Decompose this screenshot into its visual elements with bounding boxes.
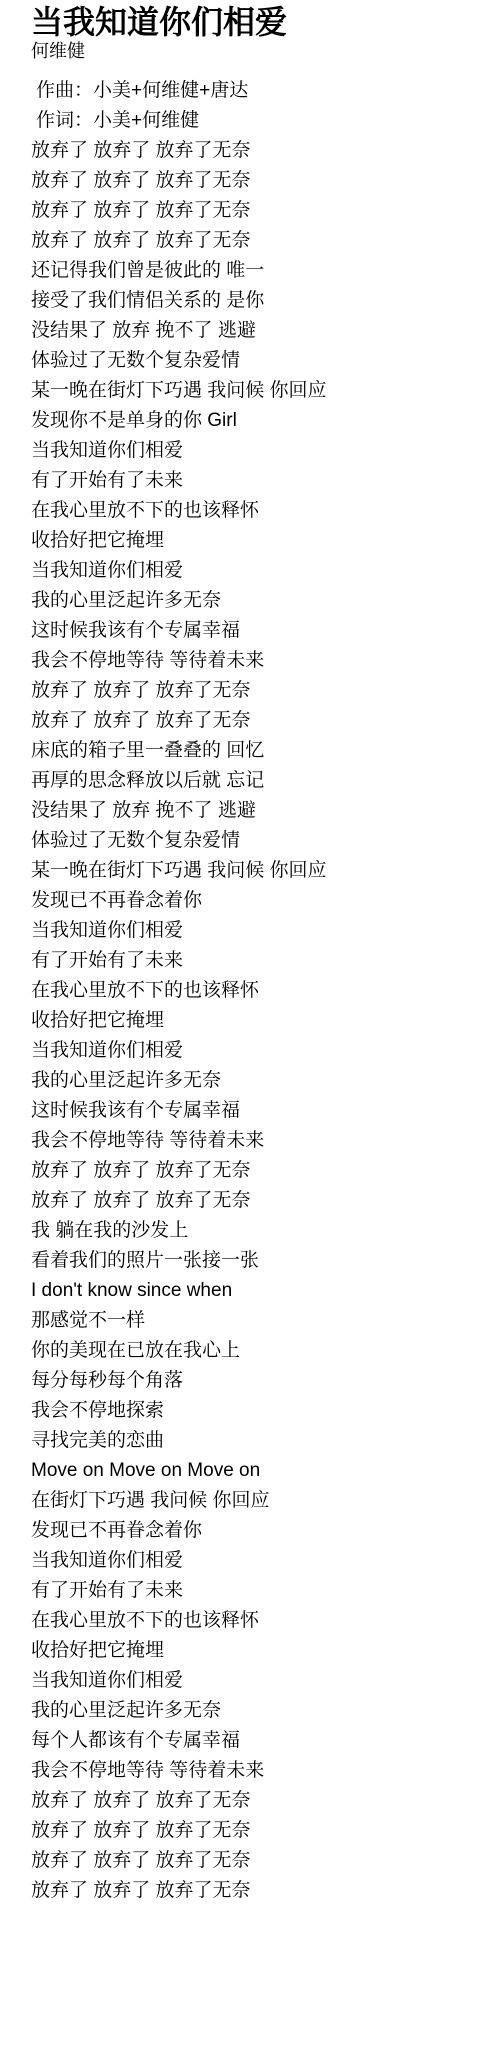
lyric-line: 当我知道你们相爱 [31,1036,480,1066]
lyric-line: 放弃了 放弃了 放弃了无奈 [31,1186,480,1216]
lyric-line: 放弃了 放弃了 放弃了无奈 [31,226,480,256]
lyric-line: 当我知道你们相爱 [31,1546,480,1576]
lyric-line: 寻找完美的恋曲 [31,1426,480,1456]
lyric-line: 当我知道你们相爱 [31,916,480,946]
lyric-line: 我的心里泛起许多无奈 [31,1066,480,1096]
lyric-line: 放弃了 放弃了 放弃了无奈 [31,1846,480,1876]
lyrics-block: 作曲：小美+何维健+唐达 作词：小美+何维健 放弃了 放弃了 放弃了无奈放弃了 … [31,76,480,1906]
lyric-line: 没结果了 放弃 挽不了 逃避 [31,316,480,346]
lyric-line: 放弃了 放弃了 放弃了无奈 [31,136,480,166]
lyricist-credit: 作词：小美+何维健 [31,106,480,136]
lyric-line: 有了开始有了未来 [31,946,480,976]
lyric-line: 收拾好把它掩埋 [31,1006,480,1036]
lyric-line: 放弃了 放弃了 放弃了无奈 [31,706,480,736]
lyric-line: 放弃了 放弃了 放弃了无奈 [31,1786,480,1816]
lyric-line: 有了开始有了未来 [31,1576,480,1606]
lyric-line: 在我心里放不下的也该释怀 [31,496,480,526]
lyric-line: 我的心里泛起许多无奈 [31,586,480,616]
lyric-line: 我会不停地探索 [31,1396,480,1426]
lyric-line: 没结果了 放弃 挽不了 逃避 [31,796,480,826]
lyric-line: 某一晚在街灯下巧遇 我问候 你回应 [31,376,480,406]
lyric-line: 在我心里放不下的也该释怀 [31,1606,480,1636]
lyric-line: 当我知道你们相爱 [31,556,480,586]
lyric-line: 我会不停地等待 等待着未来 [31,1756,480,1786]
lyric-line: 发现已不再眷念着你 [31,1516,480,1546]
lyric-line: 这时候我该有个专属幸福 [31,616,480,646]
lyric-line: 看着我们的照片一张接一张 [31,1246,480,1276]
lyric-line: 放弃了 放弃了 放弃了无奈 [31,1816,480,1846]
lyric-line: 在我心里放不下的也该释怀 [31,976,480,1006]
composer-credit: 作曲：小美+何维健+唐达 [31,76,480,106]
lyric-line: 收拾好把它掩埋 [31,1636,480,1666]
lyric-line: 放弃了 放弃了 放弃了无奈 [31,1156,480,1186]
lyric-line: I don't know since when [31,1276,480,1306]
lyric-line: 这时候我该有个专属幸福 [31,1096,480,1126]
artist-name: 何维健 [31,40,480,62]
lyric-line: 我 躺在我的沙发上 [31,1216,480,1246]
lyric-line: 放弃了 放弃了 放弃了无奈 [31,1876,480,1906]
lyric-line: 还记得我们曾是彼此的 唯一 [31,256,480,286]
lyric-line: 体验过了无数个复杂爱情 [31,826,480,856]
lyric-line: 我会不停地等待 等待着未来 [31,646,480,676]
lyric-line: 某一晚在街灯下巧遇 我问候 你回应 [31,856,480,886]
lyric-line: 我的心里泛起许多无奈 [31,1696,480,1726]
lyric-line: 放弃了 放弃了 放弃了无奈 [31,166,480,196]
lyric-line: 当我知道你们相爱 [31,436,480,466]
lyric-line: 每分每秒每个角落 [31,1366,480,1396]
lyric-line: 床底的箱子里一叠叠的 回忆 [31,736,480,766]
lyrics-page: 当我知道你们相爱 何维健 作曲：小美+何维健+唐达 作词：小美+何维健 放弃了 … [0,0,500,1906]
song-title: 当我知道你们相爱 [31,4,480,40]
lyric-line: 我会不停地等待 等待着未来 [31,1126,480,1156]
lyric-line: 接受了我们情侣关系的 是你 [31,286,480,316]
lyric-line: 每个人都该有个专属幸福 [31,1726,480,1756]
lyric-line: 发现你不是单身的你 Girl [31,406,480,436]
lyric-line: 再厚的思念释放以后就 忘记 [31,766,480,796]
lyrics-lines: 放弃了 放弃了 放弃了无奈放弃了 放弃了 放弃了无奈放弃了 放弃了 放弃了无奈放… [31,136,480,1906]
lyric-line: Move on Move on Move on [31,1456,480,1486]
lyric-line: 体验过了无数个复杂爱情 [31,346,480,376]
lyric-line: 在街灯下巧遇 我问候 你回应 [31,1486,480,1516]
lyric-line: 那感觉不一样 [31,1306,480,1336]
lyric-line: 收拾好把它掩埋 [31,526,480,556]
lyric-line: 你的美现在已放在我心上 [31,1336,480,1366]
lyric-line: 放弃了 放弃了 放弃了无奈 [31,676,480,706]
lyric-line: 发现已不再眷念着你 [31,886,480,916]
lyric-line: 有了开始有了未来 [31,466,480,496]
lyric-line: 当我知道你们相爱 [31,1666,480,1696]
lyric-line: 放弃了 放弃了 放弃了无奈 [31,196,480,226]
